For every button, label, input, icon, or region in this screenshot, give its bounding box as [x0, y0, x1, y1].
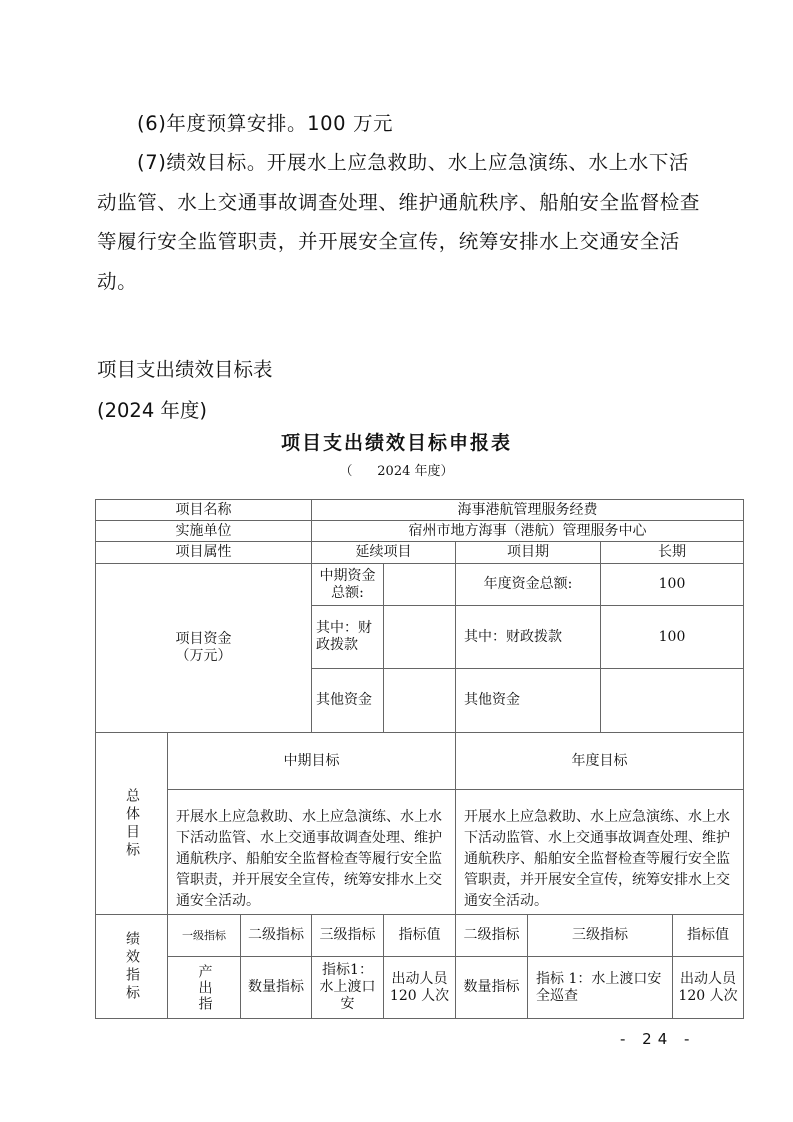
period-label: 项目期 [455, 541, 601, 564]
funds-unit: （万元） [176, 648, 232, 665]
row1-level2-mid: 数量指标 [240, 956, 312, 1019]
row1-level1: 产出指 [167, 956, 241, 1019]
attribute-label: 项目属性 [95, 541, 312, 564]
header-level1: 一级指标 [167, 914, 241, 957]
section-year: (2024 年度) [97, 395, 207, 423]
overall-goal-label: 总体目标 [95, 732, 168, 915]
header-level2-annual: 二级指标 [455, 914, 528, 957]
performance-goal-paragraph: (7)绩效目标。开展水上应急救助、水上应急演练、水上水下活动监管、水上交通事故调… [97, 143, 707, 301]
mid-goal-text: 开展水上应急救助、水上应急演练、水上水下活动监管、水上交通事故调查处理、维护通航… [167, 789, 456, 915]
annual-other-label: 其他资金 [455, 668, 601, 733]
mid-fiscal-label: 其中：财政拨款 [311, 605, 384, 669]
table-subtitle: （ 2024 年度） [0, 460, 793, 479]
header-value-annual: 指标值 [672, 914, 744, 957]
annual-other-value [600, 668, 744, 733]
budget-paragraph: (6)年度预算安排。100 万元 [97, 104, 707, 144]
section-title: 项目支出绩效目标表 [97, 354, 273, 382]
header-value-mid: 指标值 [383, 914, 456, 957]
unit-label: 实施单位 [95, 520, 312, 542]
mid-total-value [383, 563, 456, 606]
row1-level3-mid: 指标1：水上渡口安 [311, 956, 384, 1019]
annual-goal-header: 年度目标 [455, 732, 744, 790]
page-number: - 24 - [620, 1030, 695, 1048]
period-value: 长期 [600, 541, 744, 564]
row1-level2-annual: 数量指标 [455, 956, 528, 1019]
mid-goal-header: 中期目标 [167, 732, 456, 790]
mid-other-label: 其他资金 [311, 668, 384, 733]
row1-level3-annual: 指标 1：水上渡口安全巡查 [527, 956, 673, 1019]
annual-fiscal-label: 其中：财政拨款 [455, 605, 601, 669]
mid-other-value [383, 668, 456, 733]
perf-indicator-label: 绩效指标 [95, 914, 168, 1019]
annual-fiscal-value: 100 [600, 605, 744, 669]
header-level3-annual: 三级指标 [527, 914, 673, 957]
attribute-value: 延续项目 [311, 541, 456, 564]
project-name-value: 海事港航管理服务经费 [311, 499, 744, 521]
funds-label: 项目资金 [176, 631, 232, 648]
funds-label-cell: 项目资金 （万元） [95, 563, 312, 733]
row1-value-annual: 出动人员 120 人次 [672, 956, 744, 1019]
mid-total-label: 中期资金总额: [311, 563, 384, 606]
annual-goal-text: 开展水上应急救助、水上应急演练、水上水下活动监管、水上交通事故调查处理、维护通航… [455, 789, 744, 915]
header-level3-mid: 三级指标 [311, 914, 384, 957]
table-title: 项目支出绩效目标申报表 [0, 428, 793, 455]
project-name-label: 项目名称 [95, 499, 312, 521]
unit-value: 宿州市地方海事（港航）管理服务中心 [311, 520, 744, 542]
header-level2-mid: 二级指标 [240, 914, 312, 957]
annual-total-label: 年度资金总额: [455, 563, 601, 606]
annual-total-value: 100 [600, 563, 744, 606]
mid-fiscal-value [383, 605, 456, 669]
row1-value-mid: 出动人员 120 人次 [383, 956, 456, 1019]
